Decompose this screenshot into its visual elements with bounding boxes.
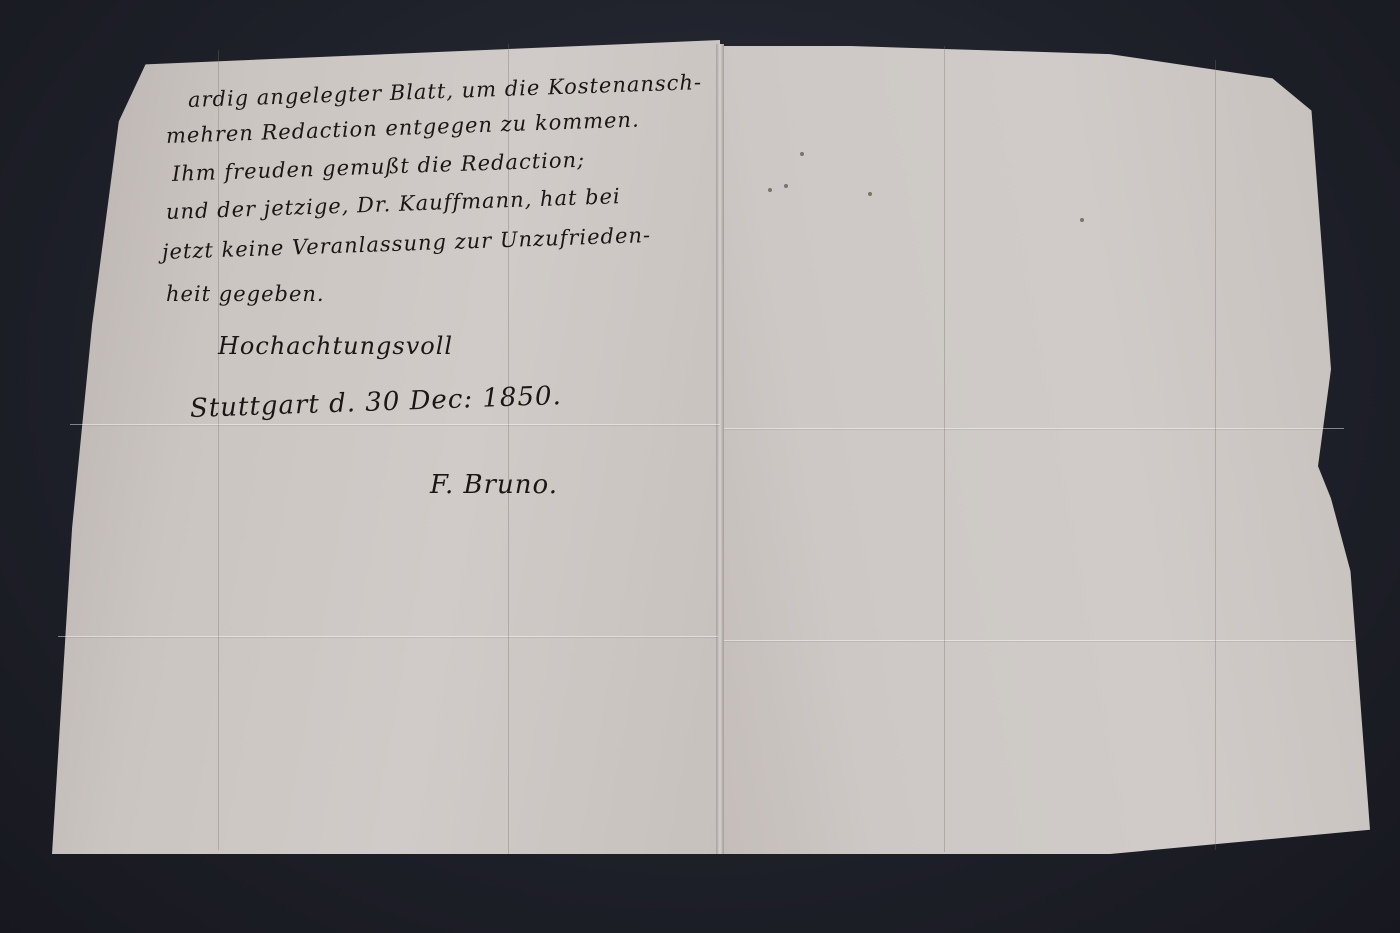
- fold-line: [58, 636, 718, 637]
- ink-spot: [784, 184, 788, 188]
- letter-line: heit gegeben.: [166, 282, 325, 306]
- ink-spot: [768, 188, 772, 192]
- letter-right-page: [720, 46, 1370, 854]
- fold-line: [944, 46, 945, 852]
- letter-signature: F. Bruno.: [430, 470, 558, 500]
- fold-line: [1215, 60, 1216, 850]
- fold-line: [70, 424, 720, 425]
- letter-closing: Hochachtungsvoll: [218, 332, 453, 360]
- page-gutter: [716, 44, 724, 854]
- ink-spot: [800, 152, 804, 156]
- fold-line: [724, 428, 1344, 429]
- fold-line: [724, 640, 1354, 641]
- ink-spot: [868, 192, 872, 196]
- ink-spot: [1080, 218, 1084, 222]
